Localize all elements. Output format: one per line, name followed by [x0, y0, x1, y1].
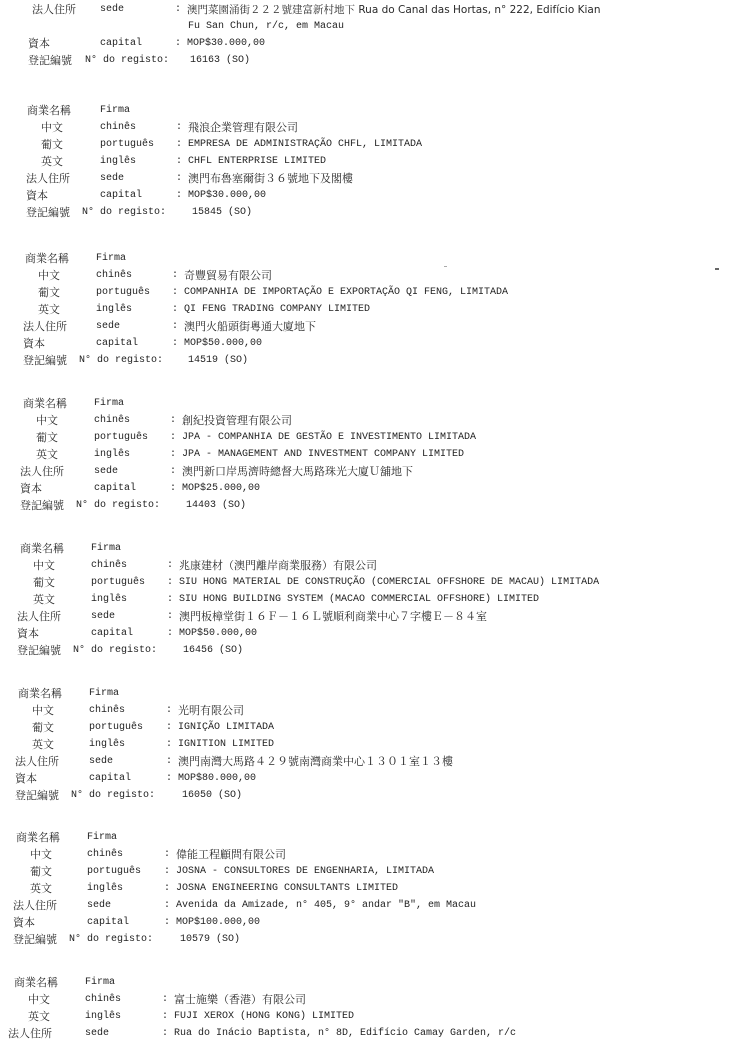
colon: : — [176, 154, 182, 170]
ingles-label-zh: 英文 — [33, 592, 55, 608]
portugues-label-pt: português — [89, 720, 143, 736]
sede-label-zh: 法人住所 — [26, 171, 70, 187]
chines-value: 奇豐貿易有限公司 — [184, 268, 272, 284]
colon: : — [175, 2, 181, 18]
sede-label-pt: sede — [89, 754, 113, 770]
registo-value: 14403 (SO) — [186, 498, 246, 514]
chines-label-zh: 中文 — [30, 847, 52, 863]
registo-label-pt: N° do registo: — [85, 53, 169, 69]
colon: : — [167, 609, 173, 625]
colon: : — [170, 481, 176, 497]
chines-value: 飛浪企業管理有限公司 — [188, 120, 298, 136]
colon: : — [164, 898, 170, 914]
colon: : — [170, 413, 176, 429]
sede-value: 澳門南灣大馬路４２９號南灣商業中心１３０１室１３樓 — [178, 754, 453, 770]
chines-value: 富士施樂（香港）有限公司 — [174, 992, 306, 1008]
capital-value: MOP$30.000,00 — [187, 36, 265, 52]
ingles-value: JPA - MANAGEMENT AND INVESTMENT COMPANY … — [182, 447, 464, 463]
sede-value: Avenida da Amizade, n° 405, 9° andar "B"… — [176, 898, 476, 914]
ingles-label-pt: inglês — [85, 1009, 121, 1025]
sede-value: 澳門布魯塞爾街３６號地下及閣樓 — [188, 171, 353, 187]
company-entry: 商業名稱 Firma 中文 chinês : 奇豐貿易有限公司 葡文 portu… — [0, 251, 743, 361]
firma-label-zh: 商業名稱 — [16, 830, 60, 846]
firma-label-zh: 商業名稱 — [14, 975, 58, 991]
chines-value: 創紀投資管理有限公司 — [182, 413, 292, 429]
ingles-label-pt: inglês — [89, 737, 125, 753]
chines-label-zh: 中文 — [28, 992, 50, 1008]
ingles-value: CHFL ENTERPRISE LIMITED — [188, 154, 326, 170]
capital-label-zh: 資本 — [20, 481, 42, 497]
portugues-label-pt: português — [96, 285, 150, 301]
registo-label-pt: N° do registo: — [69, 932, 153, 948]
chines-label-zh: 中文 — [32, 703, 54, 719]
ingles-value: IGNITION LIMITED — [178, 737, 274, 753]
chines-label-pt: chinês — [94, 413, 130, 429]
sede-label-pt: sede — [91, 609, 115, 625]
colon: : — [172, 268, 178, 284]
colon: : — [170, 447, 176, 463]
ingles-value: QI FENG TRADING COMPANY LIMITED — [184, 302, 370, 318]
ingles-value: JOSNA ENGINEERING CONSULTANTS LIMITED — [176, 881, 398, 897]
sede-label-zh: 法人住所 — [17, 609, 61, 625]
firma-label-zh: 商業名稱 — [27, 103, 71, 119]
colon: : — [176, 188, 182, 204]
portugues-label-zh: 葡文 — [32, 720, 54, 736]
ingles-label-zh: 英文 — [28, 1009, 50, 1025]
firma-label-pt: Firma — [87, 830, 117, 846]
colon: : — [167, 558, 173, 574]
ingles-value: FUJI XEROX (HONG KONG) LIMITED — [174, 1009, 354, 1025]
ingles-label-pt: inglês — [96, 302, 132, 318]
capital-value: MOP$100.000,00 — [176, 915, 260, 931]
sede-label-pt: sede — [87, 898, 111, 914]
chines-value: 光明有限公司 — [178, 703, 244, 719]
colon: : — [172, 336, 178, 352]
firma-label-pt: Firma — [91, 541, 121, 557]
registo-label-pt: N° do registo: — [73, 643, 157, 659]
colon: : — [172, 319, 178, 335]
capital-value: MOP$30.000,00 — [188, 188, 266, 204]
chines-label-pt: chinês — [89, 703, 125, 719]
chines-label-zh: 中文 — [33, 558, 55, 574]
colon: : — [167, 575, 173, 591]
capital-label-pt: capital — [94, 481, 136, 497]
colon: : — [166, 703, 172, 719]
portugues-value: JPA - COMPANHIA DE GESTÃO E INVESTIMENTO… — [182, 430, 476, 446]
colon: : — [170, 464, 176, 480]
portugues-label-zh: 葡文 — [33, 575, 55, 591]
ingles-label-pt: inglês — [87, 881, 123, 897]
capital-label-pt: capital — [89, 771, 131, 787]
sede-label-zh: 法人住所 — [32, 2, 76, 18]
registo-label-zh: 登記編號 — [20, 498, 64, 514]
sede-label-zh: 法人住所 — [15, 754, 59, 770]
capital-label-zh: 資本 — [28, 36, 50, 52]
company-entry: 商業名稱 Firma 中文 chinês : 光明有限公司 葡文 portugu… — [0, 686, 745, 796]
capital-label-zh: 資本 — [13, 915, 35, 931]
sede-label-zh: 法人住所 — [23, 319, 67, 335]
registo-label-zh: 登記編號 — [15, 788, 59, 804]
registo-value: 14519 (SO) — [188, 353, 248, 369]
firma-label-pt: Firma — [94, 396, 124, 412]
colon: : — [170, 430, 176, 446]
colon: : — [166, 737, 172, 753]
colon: : — [176, 120, 182, 136]
sede-label-pt: sede — [96, 319, 120, 335]
capital-value: MOP$50.000,00 — [179, 626, 257, 642]
ingles-label-zh: 英文 — [41, 154, 63, 170]
portugues-label-pt: português — [91, 575, 145, 591]
chines-label-zh: 中文 — [36, 413, 58, 429]
ingles-label-pt: inglês — [94, 447, 130, 463]
registo-value: 15845 (SO) — [192, 205, 252, 221]
company-entry: 商業名稱 Firma 中文 chinês : 兆康建材（澳門離岸商業服務）有限公… — [0, 541, 745, 651]
chines-value: 偉能工程顧問有限公司 — [176, 847, 286, 863]
portugues-value: COMPANHIA DE IMPORTAÇÃO E EXPORTAÇÃO QI … — [184, 285, 508, 301]
ingles-label-zh: 英文 — [36, 447, 58, 463]
registo-value: 16456 (SO) — [183, 643, 243, 659]
colon: : — [164, 915, 170, 931]
chines-label-pt: chinês — [85, 992, 121, 1008]
sede-label-pt: sede — [85, 1026, 109, 1042]
firma-label-zh: 商業名稱 — [25, 251, 69, 267]
registo-label-zh: 登記編號 — [26, 205, 70, 221]
company-entry: 商業名稱 Firma 中文 chinês : 創紀投資管理有限公司 葡文 por… — [0, 396, 741, 506]
ingles-label-zh: 英文 — [32, 737, 54, 753]
firma-label-zh: 商業名稱 — [20, 541, 64, 557]
firma-label-pt: Firma — [85, 975, 115, 991]
colon: : — [167, 626, 173, 642]
registo-label-zh: 登記編號 — [13, 932, 57, 948]
capital-label-pt: capital — [100, 188, 142, 204]
registo-label-zh: 登記編號 — [23, 353, 67, 369]
colon: : — [166, 754, 172, 770]
chines-label-pt: chinês — [100, 120, 136, 136]
colon: : — [164, 864, 170, 880]
capital-label-pt: capital — [87, 915, 129, 931]
sede-value: 澳門板樟堂街１６Ｆ－１６Ｌ號順利商業中心７字樓Ｅ－８４室 — [179, 609, 487, 625]
sede-value: 澳門菜園涌街２２２號建富新村地下 Rua do Canal das Hortas… — [187, 2, 601, 18]
sede-label-pt: sede — [94, 464, 118, 480]
sede-label-pt: sede — [100, 171, 124, 187]
firma-label-pt: Firma — [100, 103, 130, 119]
sede-label-zh: 法人住所 — [8, 1026, 52, 1042]
company-entry: 商業名稱 Firma 中文 chinês : 偉能工程顧問有限公司 葡文 por… — [0, 830, 745, 940]
capital-value: MOP$80.000,00 — [178, 771, 256, 787]
registo-label-pt: N° do registo: — [76, 498, 160, 514]
portugues-label-pt: português — [100, 137, 154, 153]
capital-label-zh: 資本 — [15, 771, 37, 787]
ingles-value: SIU HONG BUILDING SYSTEM (MACAO COMMERCI… — [179, 592, 539, 608]
ingles-label-pt: inglês — [100, 154, 136, 170]
firma-label-pt: Firma — [89, 686, 119, 702]
colon: : — [175, 36, 181, 52]
portugues-label-zh: 葡文 — [41, 137, 63, 153]
portugues-value: JOSNA - CONSULTORES DE ENGENHARIA, LIMIT… — [176, 864, 434, 880]
capital-label-pt: capital — [91, 626, 133, 642]
capital-label-zh: 資本 — [26, 188, 48, 204]
ingles-label-zh: 英文 — [38, 302, 60, 318]
colon: : — [172, 285, 178, 301]
company-entry: 商業名稱 Firma 中文 chinês : 飛浪企業管理有限公司 葡文 por… — [0, 103, 745, 213]
colon: : — [166, 771, 172, 787]
company-entry-partial: 商業名稱 Firma 中文 chinês : 富士施樂（香港）有限公司 英文 i… — [0, 975, 745, 1063]
capital-value: MOP$25.000,00 — [182, 481, 260, 497]
scan-speck — [715, 268, 719, 270]
sede-value-line2: Fu San Chun, r/c, em Macau — [188, 19, 344, 35]
portugues-label-pt: português — [94, 430, 148, 446]
chines-label-pt: chinês — [96, 268, 132, 284]
registo-value: 10579 (SO) — [180, 932, 240, 948]
colon: : — [162, 992, 168, 1008]
colon: : — [167, 592, 173, 608]
registo-label-pt: N° do registo: — [79, 353, 163, 369]
colon: : — [176, 171, 182, 187]
firma-label-zh: 商業名稱 — [23, 396, 67, 412]
registo-label-zh: 登記編號 — [17, 643, 61, 659]
sede-label-zh: 法人住所 — [13, 898, 57, 914]
capital-label-zh: 資本 — [23, 336, 45, 352]
colon: : — [162, 1009, 168, 1025]
portugues-value: EMPRESA DE ADMINISTRAÇÃO CHFL, LIMITADA — [188, 137, 422, 153]
colon: : — [164, 881, 170, 897]
portugues-value: IGNIÇÃO LIMITADA — [178, 720, 274, 736]
portugues-label-zh: 葡文 — [30, 864, 52, 880]
portugues-label-zh: 葡文 — [36, 430, 58, 446]
capital-label-pt: capital — [100, 36, 142, 52]
registo-value: 16163 (SO) — [190, 53, 250, 69]
chines-label-pt: chinês — [87, 847, 123, 863]
firma-label-zh: 商業名稱 — [18, 686, 62, 702]
chines-label-zh: 中文 — [41, 120, 63, 136]
firma-label-pt: Firma — [96, 251, 126, 267]
ingles-label-zh: 英文 — [30, 881, 52, 897]
colon: : — [176, 137, 182, 153]
chines-label-zh: 中文 — [38, 268, 60, 284]
scan-speck — [444, 266, 447, 267]
capital-label-pt: capital — [96, 336, 138, 352]
chines-value: 兆康建材（澳門離岸商業服務）有限公司 — [179, 558, 377, 574]
capital-label-zh: 資本 — [17, 626, 39, 642]
chines-label-pt: chinês — [91, 558, 127, 574]
sede-value: 澳門火船頭街粵通大廈地下 — [184, 319, 316, 335]
sede-label-pt: sede — [100, 2, 124, 18]
registo-label-zh: 登記編號 — [28, 53, 72, 69]
colon: : — [164, 847, 170, 863]
registo-label-pt: N° do registo: — [82, 205, 166, 221]
capital-value: MOP$50.000,00 — [184, 336, 262, 352]
sede-value: Rua do Inácio Baptista, n° 8D, Edifício … — [174, 1026, 516, 1042]
sede-value: 澳門新口岸馬濟時總督大馬路珠光大廈Ｕ舖地下 — [182, 464, 413, 480]
colon: : — [166, 720, 172, 736]
portugues-label-pt: português — [87, 864, 141, 880]
colon: : — [172, 302, 178, 318]
registo-value: 16050 (SO) — [182, 788, 242, 804]
sede-label-zh: 法人住所 — [20, 464, 64, 480]
registo-label-pt: N° do registo: — [71, 788, 155, 804]
portugues-value: SIU HONG MATERIAL DE CONSTRUÇÃO (COMERCI… — [179, 575, 599, 591]
portugues-label-zh: 葡文 — [38, 285, 60, 301]
colon: : — [162, 1026, 168, 1042]
ingles-label-pt: inglês — [91, 592, 127, 608]
